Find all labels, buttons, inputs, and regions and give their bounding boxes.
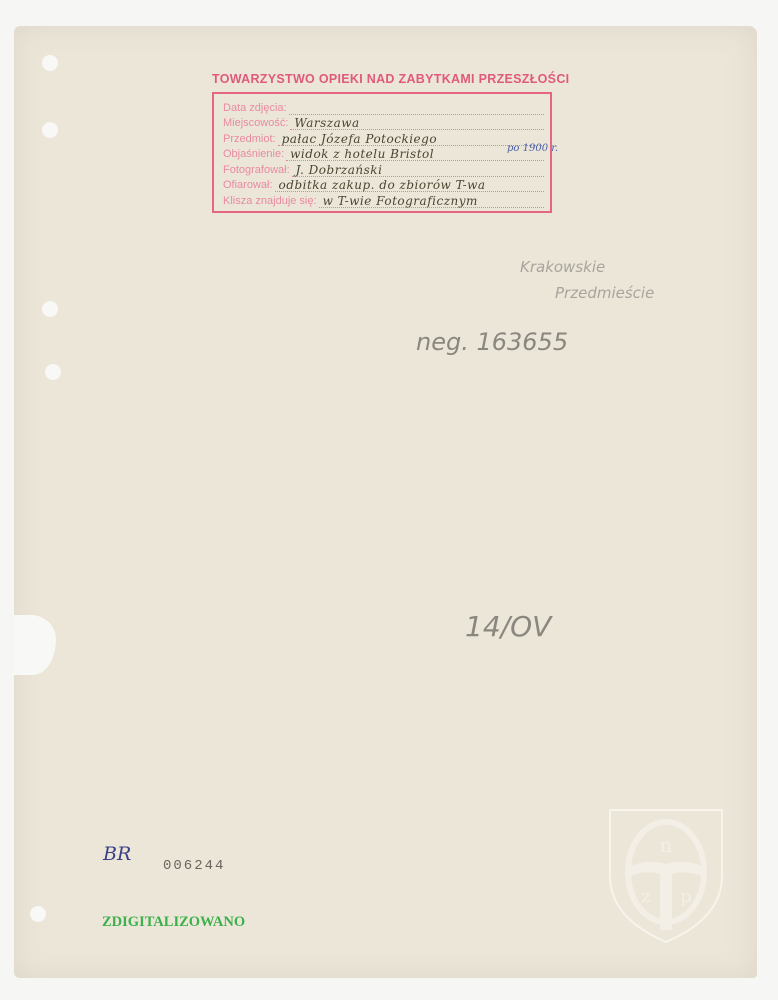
pencil-shelf-mark: 14/OV <box>465 610 551 643</box>
stamp-label: Fotografował: <box>223 164 290 177</box>
stamp-label: Data zdjęcia: <box>223 102 287 115</box>
punch-hole <box>42 55 58 71</box>
date-annotation: po 1900 r. <box>507 143 558 154</box>
handwritten-value: pałac Józefa Potockiego <box>282 132 437 146</box>
stamp-row-date: Data zdjęcia: <box>223 99 544 115</box>
stamp-row-plate: Klisza znajduje się: w T-wie Fotograficz… <box>223 192 544 208</box>
svg-text:p: p <box>680 886 692 907</box>
handwritten-value: w T-wie Fotograficznym <box>323 194 478 208</box>
stamp-label: Objaśnienie: <box>223 148 284 161</box>
handwritten-value: J. Dobrzański <box>296 163 383 177</box>
stamp-row-donor: Ofiarował: odbitka zakup. do zbiorów T-w… <box>223 177 544 193</box>
stamp-row-explanation: Objaśnienie: widok z hotelu Bristol <box>223 146 544 162</box>
pencil-location-line1: Krakowskie <box>520 258 605 276</box>
punch-hole <box>30 906 46 922</box>
stamp-label: Przedmiot: <box>223 133 276 146</box>
stamp-row-location: Miejscowość: Warszawa <box>223 115 544 131</box>
digitized-stamp: ZDIGITALIZOWANO <box>102 914 245 931</box>
pencil-negative-number: neg. 163655 <box>416 328 568 356</box>
stamp-label: Miejscowość: <box>223 117 288 130</box>
stamp-row-subject: Przedmiot: pałac Józefa Potockiego <box>223 130 544 146</box>
stamp-label: Klisza znajduje się: <box>223 195 317 208</box>
pencil-location-line2: Przedmieście <box>555 284 654 302</box>
handwritten-value: Warszawa <box>294 116 359 130</box>
handwritten-value: widok z hotelu Bristol <box>290 147 434 161</box>
stamp-box: Data zdjęcia: Miejscowość: Warszawa Prze… <box>212 92 552 213</box>
stamp-label: Ofiarował: <box>223 179 273 192</box>
svg-text:n: n <box>660 833 673 857</box>
punch-hole <box>42 301 58 317</box>
punch-hole <box>45 364 61 380</box>
stamp-title: TOWARZYSTWO OPIEKI NAD ZABYTKAMI PRZESZŁ… <box>212 72 562 86</box>
punch-hole <box>42 122 58 138</box>
handwritten-value: odbitka zakup. do zbiorów T-wa <box>279 178 486 192</box>
inventory-number: 006244 <box>163 858 225 874</box>
stamp-row-photographer: Fotografował: J. Dobrzański <box>223 161 544 177</box>
watermark-emblem-icon: n z p <box>606 806 726 944</box>
svg-text:z: z <box>641 886 650 907</box>
inventory-prefix: BR <box>103 843 131 865</box>
